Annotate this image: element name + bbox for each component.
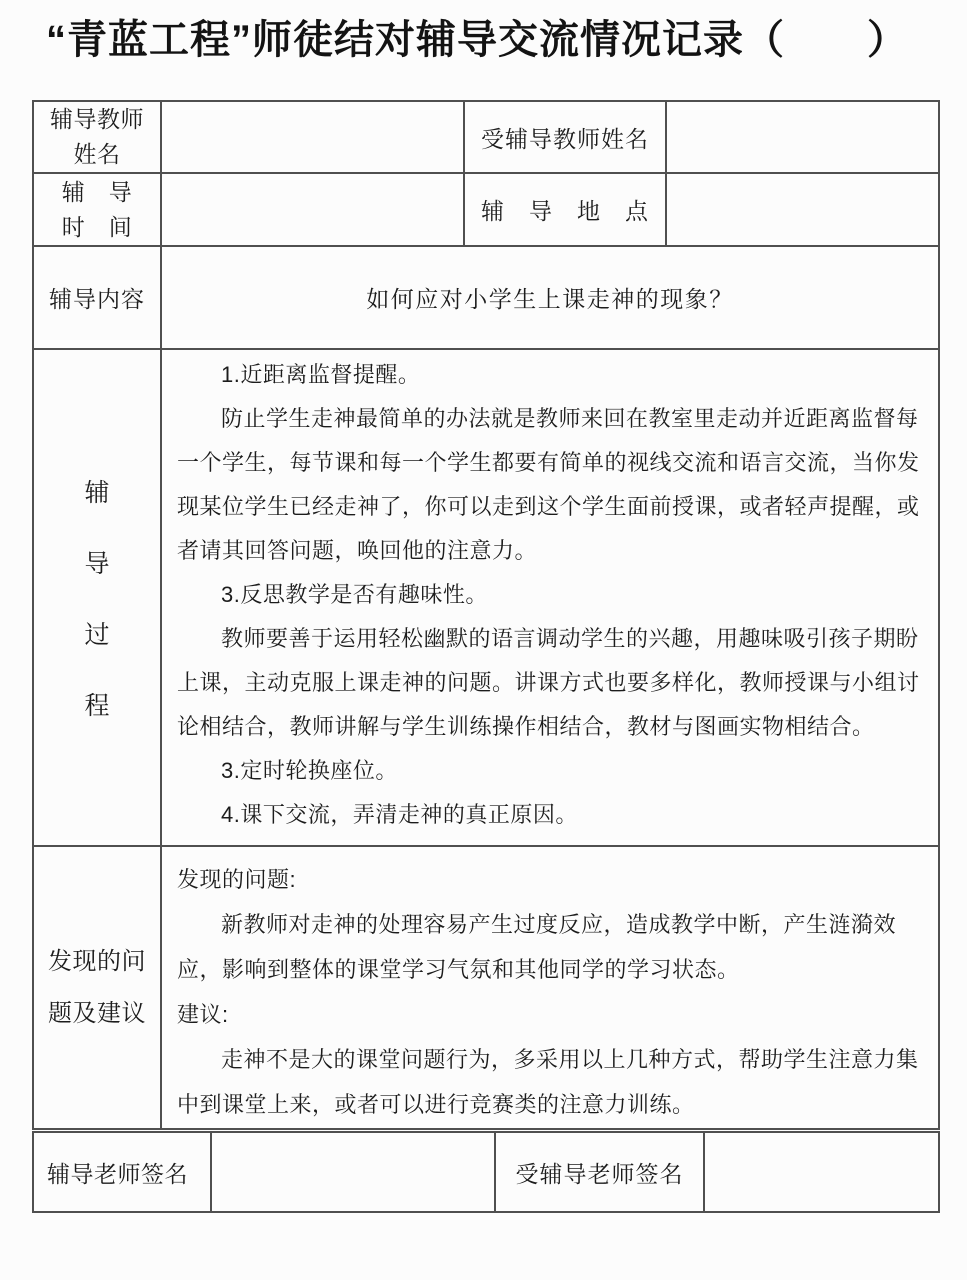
issues-label: 发现的问 题及建议 (33, 846, 161, 1129)
process-paragraph: 教师要善于运用轻松幽默的语言调动学生的兴趣，用趣味吸引孩子期盼上课，主动克服上课… (177, 617, 923, 749)
tutor-place-label: 辅 导 地 点 (464, 173, 666, 246)
table-row: 辅导老师签名 受辅导老师签名 (33, 1132, 939, 1212)
content-label: 辅导内容 (33, 246, 161, 349)
tutor-time-value (161, 173, 464, 246)
tutor-signature-label: 辅导老师签名 (33, 1132, 211, 1212)
mentee-signature-value (704, 1132, 939, 1212)
table-row: 辅导教师 姓名 受辅导教师姓名 (33, 101, 939, 173)
table-row: 辅 导 过 程 1.近距离监督提醒。 防止学生走神最简单的办法就是教师来回在教室… (33, 349, 939, 846)
issues-label-line2: 题及建议 (48, 1000, 146, 1027)
process-paragraph: 4.课下交流，弄清走神的真正原因。 (177, 793, 923, 837)
issues-paragraph: 建议: (177, 992, 923, 1037)
table-row: 辅导内容 如何应对小学生上课走神的现象？ (33, 246, 939, 349)
tutor-name-label: 辅导教师 姓名 (33, 101, 161, 173)
tutor-time-label-line1: 辅 导 (34, 175, 160, 210)
page-title: “青蓝工程”师徒结对辅导交流情况记录（ ） (46, 8, 908, 65)
content-value: 如何应对小学生上课走神的现象？ (161, 246, 939, 349)
tutor-signature-value (211, 1132, 495, 1212)
issues-content: 发现的问题: 新教师对走神的处理容易产生过度反应，造成教学中断，产生涟漪效应，影… (161, 846, 939, 1129)
issues-paragraph: 走神不是大的课堂问题行为，多采用以上几种方式，帮助学生注意力集中到课堂上来，或者… (177, 1037, 923, 1127)
process-label-char: 程 (84, 686, 109, 722)
process-label-vertical: 辅 导 过 程 (34, 473, 160, 722)
signature-table: 辅导老师签名 受辅导老师签名 (32, 1131, 940, 1213)
issues-paragraph: 新教师对走神的处理容易产生过度反应，造成教学中断，产生涟漪效应，影响到整体的课堂… (177, 902, 923, 992)
process-paragraph: 防止学生走神最简单的办法就是教师来回在教室里走动并近距离监督每一个学生，每节课和… (177, 397, 923, 573)
tutor-name-label-line2: 姓名 (34, 137, 160, 172)
process-label-char: 过 (84, 615, 109, 651)
process-paragraph: 3.反思教学是否有趣味性。 (177, 573, 923, 617)
issues-label-line1: 发现的问 (48, 948, 146, 975)
issues-paragraph: 发现的问题: (177, 857, 923, 902)
tutor-name-label-line1: 辅导教师 (34, 102, 160, 137)
tutor-place-value (666, 173, 939, 246)
tutor-name-value (161, 101, 464, 173)
process-label: 辅 导 过 程 (33, 349, 161, 846)
tutor-time-label-line2: 时 间 (34, 210, 160, 245)
tutor-time-label: 辅 导 时 间 (33, 173, 161, 246)
process-paragraph: 1.近距离监督提醒。 (177, 353, 923, 397)
process-paragraph: 3.定时轮换座位。 (177, 749, 923, 793)
record-table: 辅导教师 姓名 受辅导教师姓名 辅 导 时 间 辅 导 地 点 辅导内容 如何应… (32, 100, 940, 1130)
table-row: 辅 导 时 间 辅 导 地 点 (33, 173, 939, 246)
process-label-char: 导 (84, 544, 109, 580)
process-label-char: 辅 (84, 473, 109, 509)
mentee-name-value (666, 101, 939, 173)
document-page: “青蓝工程”师徒结对辅导交流情况记录（ ） 辅导教师 姓名 受辅导教师姓名 辅 … (0, 0, 967, 1280)
mentee-signature-label: 受辅导老师签名 (495, 1132, 704, 1212)
table-row: 发现的问 题及建议 发现的问题: 新教师对走神的处理容易产生过度反应，造成教学中… (33, 846, 939, 1129)
process-content: 1.近距离监督提醒。 防止学生走神最简单的办法就是教师来回在教室里走动并近距离监… (161, 349, 939, 846)
mentee-name-label: 受辅导教师姓名 (464, 101, 666, 173)
